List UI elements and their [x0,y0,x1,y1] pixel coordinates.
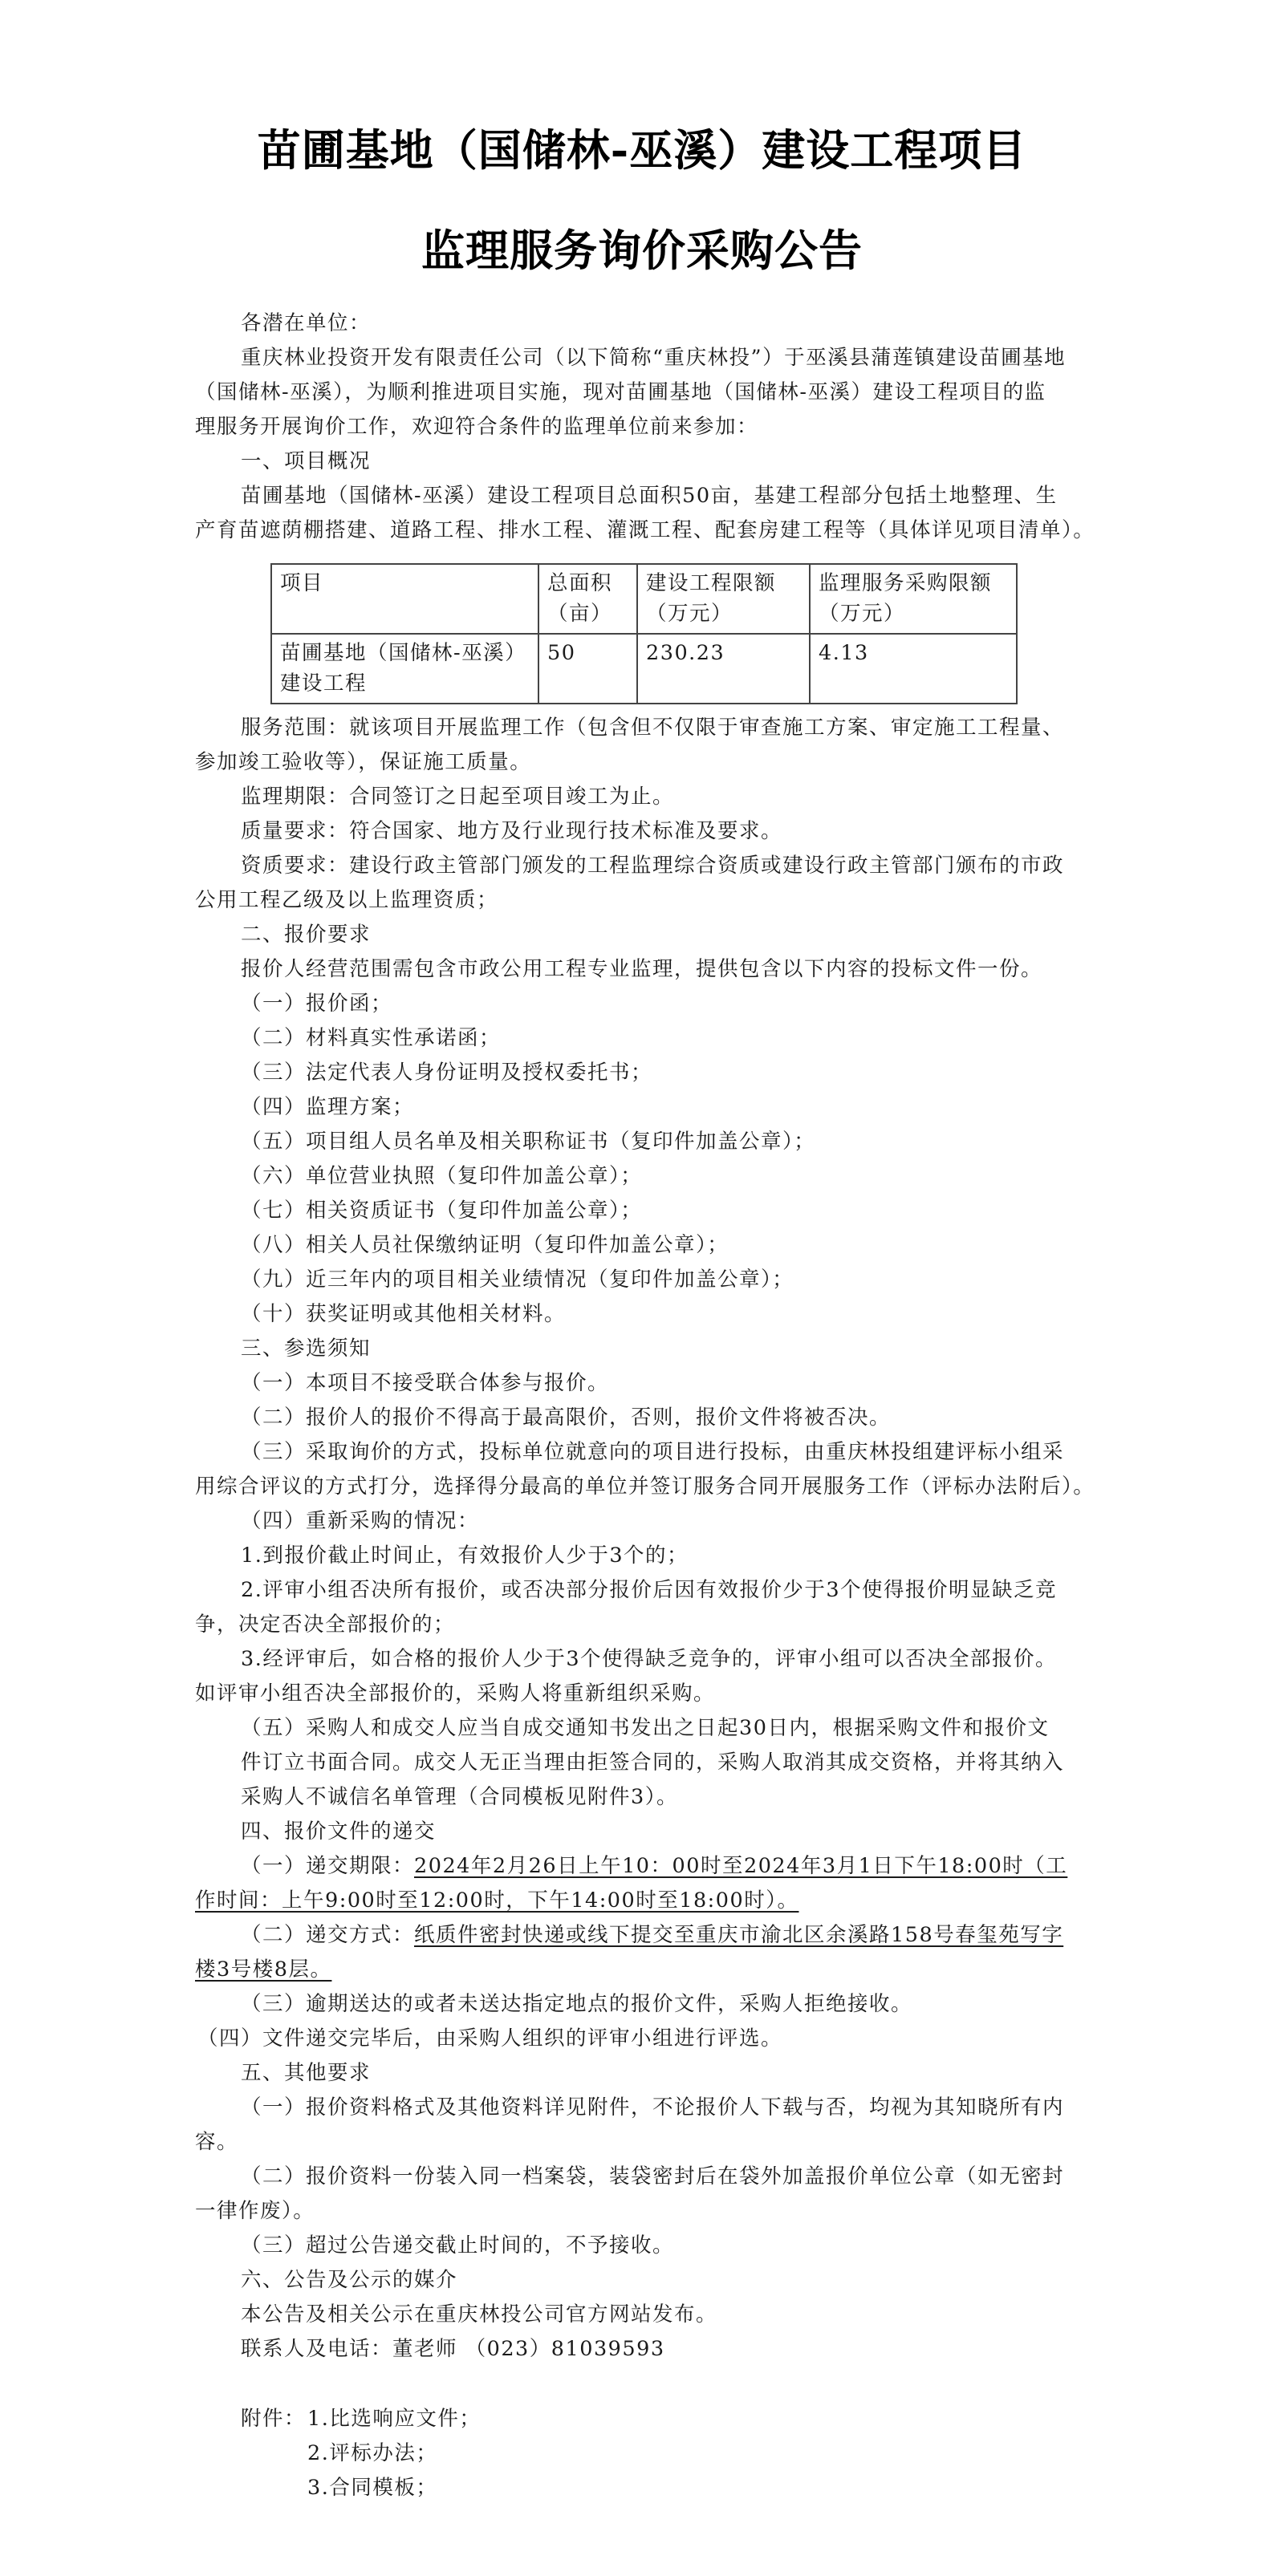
section3-subitem: 3.经评审后，如合格的报价人少于3个使得缺乏竞争的，评审小组可以否决全部报价。 [195,1647,1140,1671]
table-row: 苗圃基地（国储林-巫溪）建设工程 50 230.23 4.13 [271,634,1017,704]
section3-heading: 三、参选须知 [195,1337,1140,1361]
submission-method-label: （二）递交方式： [241,1923,414,1947]
submission-deadline: （一）递交期限：2024年2月26日上午10：00时至2024年3月1日下午18… [195,1854,1140,1878]
list-item: （一）报价函； [195,992,1140,1016]
section2-heading: 二、报价要求 [195,923,1140,947]
section5-item: 一律作废）。 [195,2199,1094,2223]
table-cell-supervision-limit: 4.13 [810,634,1017,704]
section3-subitem: 争，决定否决全部报价的； [195,1613,1094,1637]
section4-item: （三）逾期送达的或者未送达指定地点的报价文件，采购人拒绝接收。 [195,1992,1140,2016]
contact-info: 联系人及电话：董老师 （023）81039593 [195,2337,1140,2361]
section5-item: 容。 [195,2130,1094,2154]
section1-text: 苗圃基地（国储林-巫溪）建设工程项目总面积50亩，基建工程部分包括土地整理、生 [195,484,1140,508]
section3-item: （四）重新采购的情况： [195,1509,1140,1533]
salutation: 各潜在单位： [195,311,1140,335]
section3-item: （三）采取询价的方式，投标单位就意向的项目进行投标，由重庆林投组建评标小组采 [195,1440,1140,1464]
table-header-cell: 监理服务采购限额（万元） [810,564,1017,634]
table-cell-area: 50 [538,634,637,704]
attachment-item: 2.评标办法； [307,2441,437,2465]
list-item: （五）项目组人员名单及相关职称证书（复印件加盖公章）； [195,1130,1140,1154]
document-title-line1: 苗圃基地（国储林-巫溪）建设工程项目 [0,128,1284,172]
list-item: （六）单位营业执照（复印件加盖公章）； [195,1164,1140,1188]
quality-requirement: 质量要求：符合国家、地方及行业现行技术标准及要求。 [195,819,1140,843]
section4-heading: 四、报价文件的递交 [195,1819,1140,1844]
submission-deadline-value: 作时间：上午9:00时至12:00时，下午14:00时至18:00时）。 [195,1888,798,1913]
section3-item: 采购人不诚信名单管理（合同模板见附件3）。 [195,1785,1140,1809]
intro-line: （国储林-巫溪），为顺利推进项目实施，现对苗圃基地（国储林-巫溪）建设工程项目的… [195,380,1094,404]
service-scope: 服务范围：就该项目开展监理工作（包含但不仅限于审查施工方案、审定施工工程量、 [195,716,1140,740]
section5-item: （一）报价资料格式及其他资料详见附件，不论报价人下载与否，均视为其知晓所有内 [195,2095,1140,2120]
section5-heading: 五、其他要求 [195,2061,1140,2085]
table-header-cell: 总面积（亩） [538,564,637,634]
table-header-row: 项目 总面积（亩） 建设工程限额（万元） 监理服务采购限额（万元） [271,564,1017,634]
attachment-item: 3.合同模板； [307,2476,437,2500]
section3-item: （一）本项目不接受联合体参与报价。 [195,1371,1140,1395]
submission-method: （二）递交方式：纸质件密封快递或线下提交至重庆市渝北区余溪路158号春玺苑写字 [195,1923,1140,1947]
submission-address: 楼3号楼8层。 [195,1957,331,1982]
section5-item: （三）超过公告递交截止时间的，不予接收。 [195,2233,1140,2258]
submission-deadline-value: 2024年2月26日上午10：00时至2024年3月1日下午18:00时（工 [414,1854,1067,1878]
document-title-line2: 监理服务询价采购公告 [0,229,1284,272]
list-item: （二）材料真实性承诺函； [195,1026,1140,1050]
intro-line: 重庆林业投资开发有限责任公司（以下简称“重庆林投”）于巫溪县蒲莲镇建设苗圃基地 [195,346,1140,370]
project-table: 项目 总面积（亩） 建设工程限额（万元） 监理服务采购限额（万元） 苗圃基地（国… [270,563,1018,704]
service-scope: 参加竣工验收等），保证施工质量。 [195,750,1094,774]
list-item: （三）法定代表人身份证明及授权委托书； [195,1061,1140,1085]
submission-deadline-label: （一）递交期限： [241,1854,414,1878]
list-item: （四）监理方案； [195,1095,1140,1119]
submission-address: 纸质件密封快递或线下提交至重庆市渝北区余溪路158号春玺苑写字 [414,1923,1063,1947]
qualification-requirement: 公用工程乙级及以上监理资质； [195,888,1094,912]
section5-item: （二）报价资料一份装入同一档案袋，装袋密封后在袋外加盖报价单位公章（如无密封 [195,2164,1140,2189]
table-header-cell: 建设工程限额（万元） [637,564,810,634]
section3-item: 件订立书面合同。成交人无正当理由拒签合同的，采购人取消其成交资格，并将其纳入 [195,1750,1140,1775]
section3-subitem: 1.到报价截止时间止，有效报价人少于3个的； [195,1544,1140,1568]
list-item: （八）相关人员社保缴纳证明（复印件加盖公章）； [195,1233,1140,1257]
section3-subitem: 如评审小组否决全部报价的，采购人将重新组织采购。 [195,1681,1094,1706]
section4-item: （四）文件递交完毕后，由采购人组织的评审小组进行评选。 [195,2026,1096,2051]
section6-text: 本公告及相关公示在重庆林投公司官方网站发布。 [195,2302,1140,2327]
submission-deadline: 作时间：上午9:00时至12:00时，下午14:00时至18:00时）。 [195,1888,1094,1913]
attachment-item: 1.比选响应文件； [307,2407,481,2431]
submission-method: 楼3号楼8层。 [195,1957,1094,1982]
intro-line: 理服务开展询价工作，欢迎符合条件的监理单位前来参加： [195,415,1094,439]
section3-item: 用综合评议的方式打分，选择得分最高的单位并签订服务合同开展服务工作（评标办法附后… [195,1475,1094,1499]
table-header-cell: 项目 [271,564,538,634]
list-item: （七）相关资质证书（复印件加盖公章）； [195,1199,1140,1223]
attachments-label: 附件： [241,2407,306,2431]
table-cell-project: 苗圃基地（国储林-巫溪）建设工程 [271,634,538,704]
table-cell-construction-limit: 230.23 [637,634,810,704]
section2-intro: 报价人经营范围需包含市政公用工程专业监理，提供包含以下内容的投标文件一份。 [195,957,1140,981]
supervision-period: 监理期限：合同签订之日起至项目竣工为止。 [195,785,1140,809]
section1-text: 产育苗遮荫棚搭建、道路工程、排水工程、灌溉工程、配套房建工程等（具体详见项目清单… [195,518,1094,542]
section3-subitem: 2.评审小组否决所有报价，或否决部分报价后因有效报价少于3个使得报价明显缺乏竞 [195,1578,1140,1602]
section3-item: （五）采购人和成交人应当自成交通知书发出之日起30日内，根据采购文件和报价文 [195,1716,1140,1740]
section3-item: （二）报价人的报价不得高于最高限价，否则，报价文件将被否决。 [195,1406,1140,1430]
list-item: （九）近三年内的项目相关业绩情况（复印件加盖公章）； [195,1268,1140,1292]
section6-heading: 六、公告及公示的媒介 [195,2268,1140,2292]
section1-heading: 一、项目概况 [195,449,1140,473]
qualification-requirement: 资质要求：建设行政主管部门颁发的工程监理综合资质或建设行政主管部门颁布的市政 [195,854,1140,878]
list-item: （十）获奖证明或其他相关材料。 [195,1302,1140,1326]
